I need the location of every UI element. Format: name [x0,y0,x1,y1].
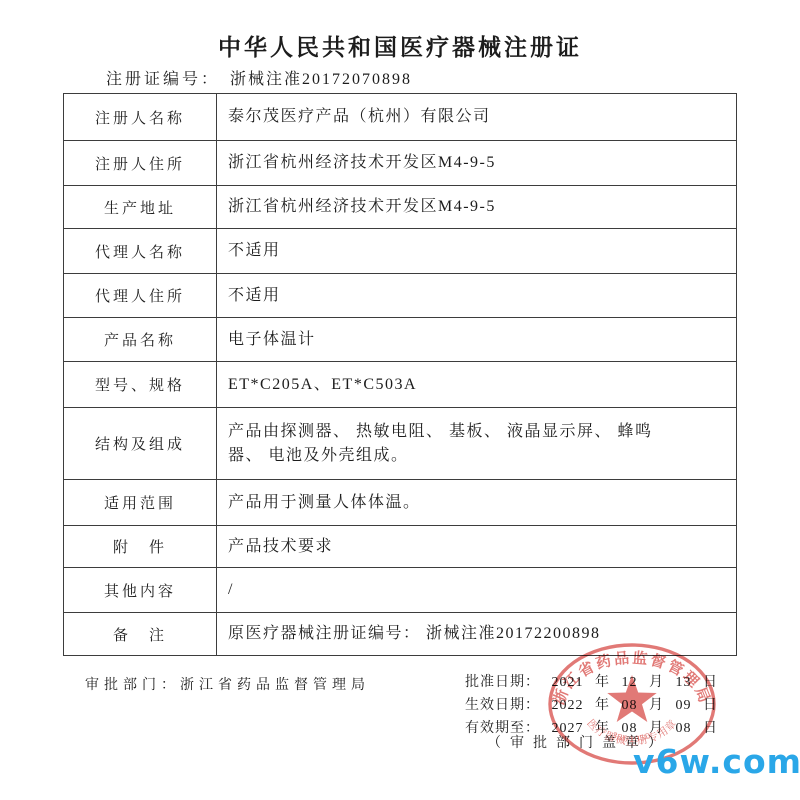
row-label: 注册人住所 [64,141,217,186]
page-title: 中华人民共和国医疗器械注册证 [0,29,800,62]
row-label: 代理人住所 [64,274,217,318]
certificate-table: 注册人名称 泰尔茂医疗产品（杭州）有限公司 注册人住所 浙江省杭州经济技术开发区… [63,93,737,656]
table-row: 型号、规格 ET*C205A、ET*C503A [64,362,737,408]
effective-date-line: 生效日期： 2022 年 08 月 09 日 [465,694,718,717]
cert-number-label: 注册证编号： [106,71,220,88]
row-value: 产品用于测量人体体温。 [217,480,737,526]
table-row: 产品名称 电子体温计 [64,318,737,362]
row-value: / [217,568,737,613]
approval-department: 审批部门：浙江省药品监督管理局 [85,674,370,694]
table-row: 适用范围 产品用于测量人体体温。 [64,480,737,526]
site-watermark: v6w.com [633,742,800,781]
row-label: 代理人名称 [64,229,217,274]
row-value: 原医疗器械注册证编号： 浙械注准20172200898 [217,613,737,656]
row-label: 注册人名称 [64,94,217,141]
row-value: 不适用 [217,274,737,318]
table-row: 备 注 原医疗器械注册证编号： 浙械注准20172200898 [64,613,737,656]
row-label: 其他内容 [64,568,217,613]
table-row: 其他内容 / [64,568,737,613]
table-row: 注册人住所 浙江省杭州经济技术开发区M4-9-5 [64,141,737,186]
row-value: ET*C205A、ET*C503A [217,362,737,408]
row-label: 备 注 [64,613,217,656]
row-value: 浙江省杭州经济技术开发区M4-9-5 [217,186,737,229]
row-label: 结构及组成 [64,408,217,480]
row-value: 不适用 [217,229,737,274]
row-value: 电子体温计 [217,318,737,362]
row-label: 生产地址 [64,186,217,229]
row-label: 附 件 [64,526,217,568]
row-value: 泰尔茂医疗产品（杭州）有限公司 [217,94,737,141]
table-row: 代理人住所 不适用 [64,274,737,318]
row-label: 产品名称 [64,318,217,362]
approval-date-line: 批准日期： 2021 年 12 月 13 日 [465,671,718,694]
row-value: 产品由探测器、 热敏电阻、 基板、 液晶显示屏、 蜂鸣 器、 电池及外壳组成。 [217,408,737,480]
row-value: 浙江省杭州经济技术开发区M4-9-5 [217,141,737,186]
row-label: 适用范围 [64,480,217,526]
table-row: 结构及组成 产品由探测器、 热敏电阻、 基板、 液晶显示屏、 蜂鸣 器、 电池及… [64,408,737,480]
row-value: 产品技术要求 [217,526,737,568]
cert-number-value: 浙械注准20172070898 [230,71,412,88]
certificate-page: 中华人民共和国医疗器械注册证 注册证编号：浙械注准20172070898 注册人… [0,0,800,800]
table-row: 附 件 产品技术要求 [64,526,737,568]
dates-block: 批准日期： 2021 年 12 月 13 日 生效日期： 2022 年 08 月… [465,671,718,740]
table-row: 代理人名称 不适用 [64,229,737,274]
table-row: 注册人名称 泰尔茂医疗产品（杭州）有限公司 [64,94,737,141]
cert-number-line: 注册证编号：浙械注准20172070898 [106,66,412,89]
row-label: 型号、规格 [64,362,217,408]
table-row: 生产地址 浙江省杭州经济技术开发区M4-9-5 [64,186,737,229]
